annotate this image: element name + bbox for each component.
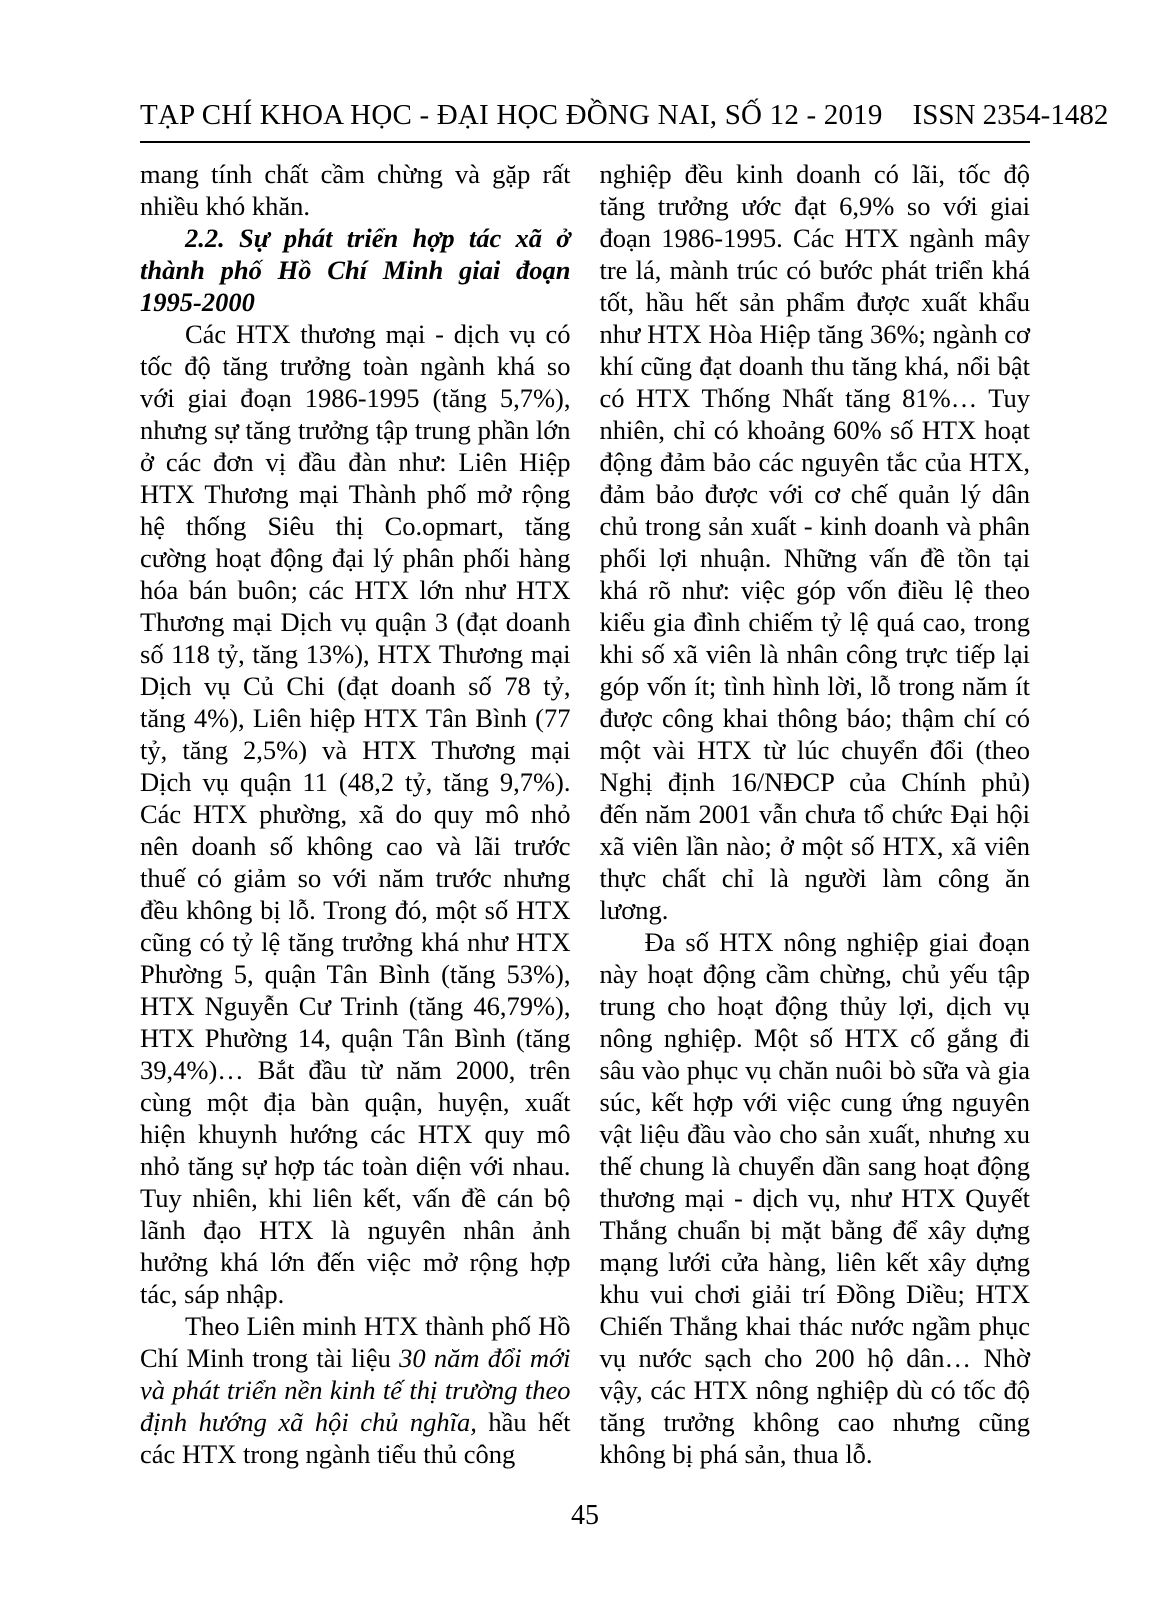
left-column: mang tính chất cầm chừng và gặp rất nhiề… [140,158,571,1470]
journal-page: TẠP CHÍ KHOA HỌC - ĐẠI HỌC ĐỒNG NAI, SỐ … [0,0,1151,1624]
issn-label: ISSN 2354-1482 [913,100,1109,132]
paragraph: Đa số HTX nông nghiệp giai đoạn này hoạt… [600,926,1031,1470]
paragraph: Theo Liên minh HTX thành phố Hồ Chí Minh… [140,1310,571,1470]
text-run: nghiệp đều kinh doanh có lãi, tốc độ tăn… [600,159,1031,925]
journal-title: TẠP CHÍ KHOA HỌC - ĐẠI HỌC ĐỒNG NAI, SỐ … [140,100,883,132]
page-header: TẠP CHÍ KHOA HỌC - ĐẠI HỌC ĐỒNG NAI, SỐ … [140,100,1030,143]
section-heading: 2.2. Sự phát triển hợp tác xã ở thành ph… [140,222,571,318]
paragraph: Các HTX thương mại - dịch vụ có tốc độ t… [140,318,571,1310]
text-run: 2.2. Sự phát triển hợp tác xã ở thành ph… [140,223,571,317]
page-number: 45 [571,1500,599,1531]
text-run: Các HTX thương mại - dịch vụ có tốc độ t… [140,319,571,1309]
text-run: mang tính chất cầm chừng và gặp rất nhiề… [140,159,571,221]
article-body: mang tính chất cầm chừng và gặp rất nhiề… [140,158,1030,1470]
text-run: Đa số HTX nông nghiệp giai đoạn này hoạt… [600,927,1031,1469]
paragraph: mang tính chất cầm chừng và gặp rất nhiề… [140,158,571,222]
right-column: nghiệp đều kinh doanh có lãi, tốc độ tăn… [600,158,1031,1470]
paragraph: nghiệp đều kinh doanh có lãi, tốc độ tăn… [600,158,1031,926]
page-footer: 45 [140,1500,1030,1532]
header-row: TẠP CHÍ KHOA HỌC - ĐẠI HỌC ĐỒNG NAI, SỐ … [140,100,1030,143]
